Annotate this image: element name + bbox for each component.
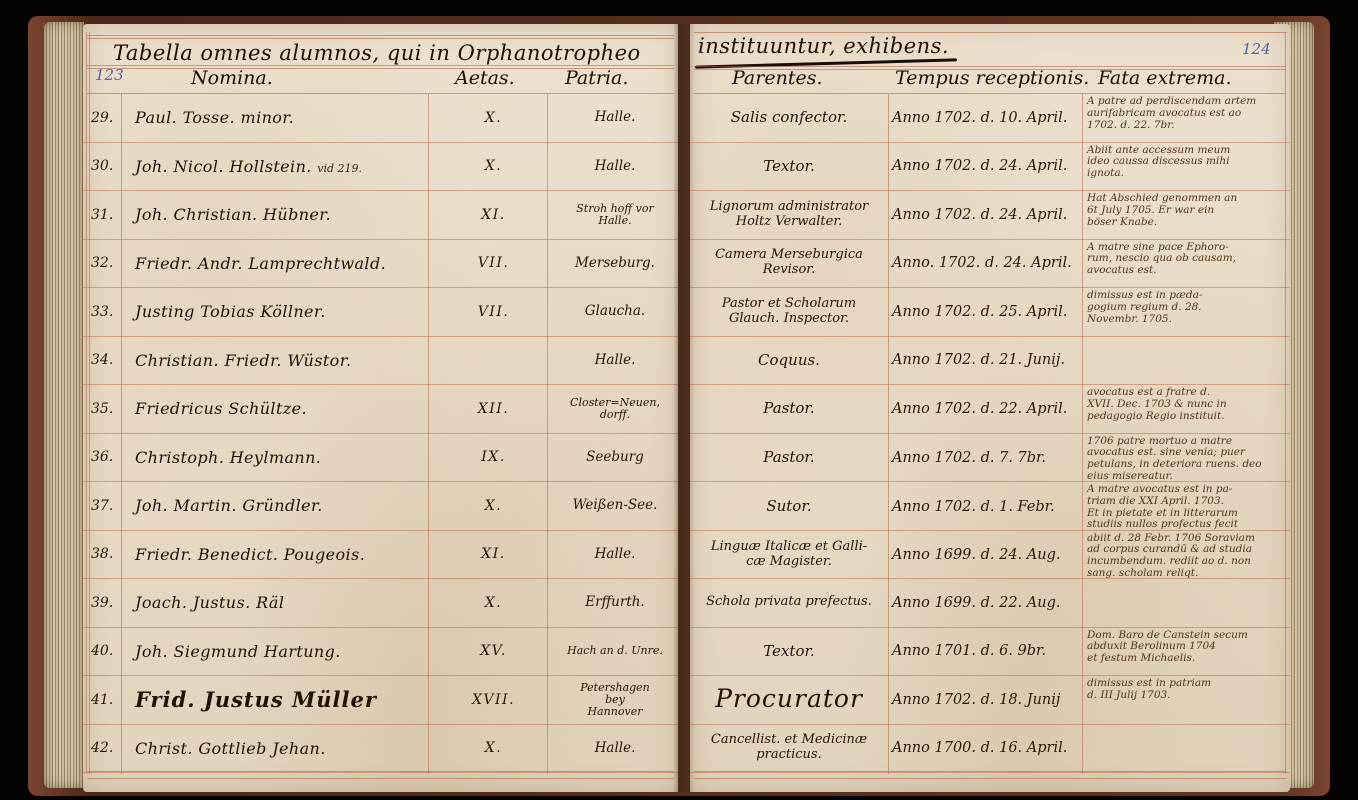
table-row: Pastor et Scholarum Glauch. Inspector. A… — [690, 288, 1290, 337]
row-number: 41. — [89, 692, 125, 708]
table-row: Lignorum administrator Holtz Verwalter. … — [690, 191, 1290, 240]
nomina-text: Christian. Friedr. Wüstor. — [135, 351, 351, 370]
cell-patria: Halle. — [553, 110, 677, 125]
cell-parentes: Coquus. — [690, 352, 888, 369]
nomina-text: Friedr. Benedict. Pougeois. — [135, 545, 365, 564]
cell-tempus: Anno 1701. d. 6. 9br. — [888, 643, 1082, 659]
cell-nomina: Friedr. Andr. Lamprechtwald. — [125, 254, 434, 273]
cell-aetas: X. — [434, 158, 553, 174]
manuscript-page-left: Tabella omnes alumnos, qui in Orphanotro… — [83, 24, 678, 792]
table-row: 38. Friedr. Benedict. Pougeois. XI. Hall… — [83, 531, 678, 580]
cell-parentes: Schola privata prefectus. — [690, 595, 888, 610]
table-row: 34. Christian. Friedr. Wüstor. Halle. — [83, 337, 678, 386]
cell-parentes: Sutor. — [690, 498, 888, 515]
cell-tempus: Anno 1702. d. 18. Junij — [888, 692, 1082, 708]
table-row: Textor. Anno 1702. d. 24. April. Abiit a… — [690, 143, 1290, 192]
ruling-line — [87, 778, 674, 779]
cell-fata: A matre avocatus est in pa- triam die XX… — [1082, 482, 1287, 531]
cell-tempus: Anno 1702. d. 24. April. — [888, 158, 1082, 174]
row-number: 31. — [89, 207, 125, 223]
cell-aetas: X. — [434, 110, 553, 126]
nomina-text: Christ. Gottlieb Jehan. — [135, 739, 326, 758]
table-row: Camera Merseburgica Revisor. Anno. 1702.… — [690, 240, 1290, 289]
cell-nomina: Joh. Siegmund Hartung. — [125, 642, 434, 661]
cell-aetas: X. — [434, 740, 553, 756]
cell-patria: Halle. — [553, 353, 677, 368]
cell-tempus: Anno 1702. d. 24. April. — [888, 207, 1082, 223]
cell-parentes: Textor. — [690, 643, 888, 660]
cell-aetas: VII. — [434, 255, 553, 271]
cell-fata: Abiit ante accessum meum ideo caussa dis… — [1082, 143, 1287, 180]
table-row: 29. Paul. Tosse. minor. X. Halle. — [83, 94, 678, 143]
cell-patria: Weißen-See. — [553, 498, 677, 513]
table-row: 37. Joh. Martin. Gründler. X. Weißen-See… — [83, 482, 678, 531]
column-header-aetas: Aetas. — [455, 67, 515, 89]
page-number: 124 — [1242, 40, 1271, 58]
table-row: Coquus. Anno 1702. d. 21. Junij. — [690, 337, 1290, 386]
cell-tempus: Anno 1699. d. 22. Aug. — [888, 595, 1082, 611]
cell-tempus: Anno 1702. d. 1. Febr. — [888, 499, 1082, 515]
cell-parentes: Procurator — [690, 685, 888, 714]
cell-tempus: Anno 1699. d. 24. Aug. — [888, 547, 1082, 563]
cell-aetas: IX. — [434, 449, 553, 465]
nomina-text: Joh. Martin. Gründler. — [135, 496, 323, 515]
row-number: 33. — [89, 304, 125, 320]
nomina-text: Friedr. Andr. Lamprechtwald. — [135, 254, 386, 273]
cell-patria: Closter=Neuen, dorff. — [553, 397, 677, 421]
cell-parentes: Pastor et Scholarum Glauch. Inspector. — [690, 297, 888, 327]
ruling-line — [694, 32, 1286, 33]
page-title: Tabella omnes alumnos, qui in Orphanotro… — [113, 41, 641, 65]
cell-nomina: Joach. Justus. Räl — [125, 593, 434, 612]
cell-tempus: Anno 1702. d. 7. 7br. — [888, 450, 1082, 466]
cell-tempus: Anno 1702. d. 21. Junij. — [888, 352, 1082, 368]
table-row: Linguæ Italicæ et Galli- cæ Magister. An… — [690, 531, 1290, 580]
nomina-text: Paul. Tosse. minor. — [135, 108, 294, 127]
ruling-line — [87, 38, 674, 39]
cell-parentes: Pastor. — [690, 449, 888, 466]
row-number: 30. — [89, 158, 125, 174]
cell-parentes: Cancellist. et Medicinæ practicus. — [690, 733, 888, 763]
row-number: 37. — [89, 498, 125, 514]
row-number: 38. — [89, 546, 125, 562]
manuscript-page-right: instituuntur, exhibens. 124 Parentes. Te… — [690, 24, 1290, 792]
row-number: 34. — [89, 352, 125, 368]
cell-tempus: Anno 1702. d. 22. April. — [888, 401, 1082, 417]
row-number: 36. — [89, 449, 125, 465]
table-row: Salis confector. Anno 1702. d. 10. April… — [690, 94, 1290, 143]
ruling-line — [87, 35, 674, 36]
cell-fata: dimissus est in pæda- gogium regium d. 2… — [1082, 288, 1287, 325]
cell-parentes: Camera Merseburgica Revisor. — [690, 248, 888, 278]
cell-nomina: Paul. Tosse. minor. — [125, 108, 434, 127]
nomina-note: vid 219. — [317, 162, 362, 175]
ruling-line — [87, 65, 674, 66]
row-number: 42. — [89, 740, 125, 756]
cell-fata: 1706 patre mortuo a matre avocatus est. … — [1082, 434, 1287, 483]
cell-fata: Dom. Baro de Canstein secum abduxit Bero… — [1082, 628, 1287, 665]
cell-nomina: Joh. Christian. Hübner. — [125, 205, 434, 224]
row-number: 29. — [89, 110, 125, 126]
cell-fata: abiit d. 28 Febr. 1706 Soraviam ad corpu… — [1082, 531, 1287, 580]
cell-patria: Seeburg — [553, 450, 677, 465]
cell-fata: dimissus est in patriam d. III Julij 170… — [1082, 676, 1287, 702]
cell-fata: avocatus est a fratre d. XVII. Dec. 1703… — [1082, 385, 1287, 422]
table-row: Sutor. Anno 1702. d. 1. Febr. A matre av… — [690, 482, 1290, 531]
nomina-text: Joach. Justus. Räl — [135, 593, 284, 612]
cell-parentes: Linguæ Italicæ et Galli- cæ Magister. — [690, 540, 888, 570]
cell-nomina: Christ. Gottlieb Jehan. — [125, 739, 434, 758]
cell-nomina: Christian. Friedr. Wüstor. — [125, 351, 434, 370]
table-row: 32. Friedr. Andr. Lamprechtwald. VII. Me… — [83, 240, 678, 289]
cell-patria: Halle. — [553, 159, 677, 174]
cell-nomina: Justing Tobias Köllner. — [125, 302, 434, 321]
cell-parentes: Lignorum administrator Holtz Verwalter. — [690, 200, 888, 230]
cell-tempus: Anno 1702. d. 25. April. — [888, 304, 1082, 320]
cell-parentes: Salis confector. — [690, 109, 888, 126]
cell-aetas: X. — [434, 498, 553, 514]
nomina-text: Friedricus Schültze. — [135, 399, 307, 418]
cell-patria: Glaucha. — [553, 304, 677, 319]
cell-nomina: Christoph. Heylmann. — [125, 448, 434, 467]
table-row: 40. Joh. Siegmund Hartung. XV. Hach an d… — [83, 628, 678, 677]
table-row: Textor. Anno 1701. d. 6. 9br. Dom. Baro … — [690, 628, 1290, 677]
table-row: 42. Christ. Gottlieb Jehan. X. Halle. — [83, 725, 678, 774]
table-row: Cancellist. et Medicinæ practicus. Anno … — [690, 725, 1290, 774]
table-row: 41. Frid. Justus Müller XVII. Petershage… — [83, 676, 678, 725]
cell-aetas: XI. — [434, 207, 553, 223]
table-row: Procurator Anno 1702. d. 18. Junij dimis… — [690, 676, 1290, 725]
table-row: 36. Christoph. Heylmann. IX. Seeburg — [83, 434, 678, 483]
row-number: 39. — [89, 595, 125, 611]
cell-tempus: Anno 1700. d. 16. April. — [888, 740, 1082, 756]
cell-patria: Halle. — [553, 547, 677, 562]
column-header-patria: Patria. — [565, 67, 628, 89]
column-header-fata: Fata extrema. — [1098, 67, 1232, 89]
page-edges-left — [44, 22, 84, 788]
nomina-text: Justing Tobias Köllner. — [135, 302, 326, 321]
table-row: 33. Justing Tobias Köllner. VII. Glaucha… — [83, 288, 678, 337]
page-number: 123 — [95, 66, 124, 84]
cell-aetas: XV. — [434, 643, 553, 659]
nomina-text: Joh. Nicol. Hollstein. — [135, 157, 312, 176]
cell-parentes: Textor. — [690, 158, 888, 175]
table-row: Schola privata prefectus. Anno 1699. d. … — [690, 579, 1290, 628]
cell-nomina: Joh. Nicol. Hollstein. vid 219. — [125, 157, 434, 176]
register-rows-right: Salis confector. Anno 1702. d. 10. April… — [690, 94, 1290, 773]
table-row: 39. Joach. Justus. Räl X. Erffurth. — [83, 579, 678, 628]
page-title-continued: instituuntur, exhibens. — [698, 34, 949, 58]
table-row: Pastor. Anno 1702. d. 7. 7br. 1706 patre… — [690, 434, 1290, 483]
nomina-text: Christoph. Heylmann. — [135, 448, 321, 467]
cell-aetas: XII. — [434, 401, 553, 417]
nomina-text: Frid. Justus Müller — [135, 687, 377, 712]
cell-fata: A patre ad perdiscendam artem aurifabric… — [1082, 94, 1287, 131]
cell-fata — [1082, 725, 1287, 727]
cell-tempus: Anno 1702. d. 10. April. — [888, 110, 1082, 126]
cell-nomina: Friedricus Schültze. — [125, 399, 434, 418]
cell-aetas: XVII. — [434, 692, 553, 708]
cell-patria: Hach an d. Unre. — [553, 645, 677, 657]
cell-parentes: Pastor. — [690, 400, 888, 417]
cell-aetas: VII. — [434, 304, 553, 320]
cell-nomina: Joh. Martin. Gründler. — [125, 496, 434, 515]
row-number: 40. — [89, 643, 125, 659]
cell-fata — [1082, 579, 1287, 581]
cell-aetas: X. — [434, 595, 553, 611]
table-row: 31. Joh. Christian. Hübner. XI. Stroh ho… — [83, 191, 678, 240]
table-row: Pastor. Anno 1702. d. 22. April. avocatu… — [690, 385, 1290, 434]
column-header-tempus: Tempus receptionis. — [895, 67, 1089, 89]
cell-fata: Hat Abschied genommen an 6t July 1705. E… — [1082, 191, 1287, 228]
cell-patria: Merseburg. — [553, 256, 677, 271]
cell-aetas: XI. — [434, 546, 553, 562]
cell-fata: A matre sine pace Ephoro- rum, nescio qu… — [1082, 240, 1287, 277]
column-header-parentes: Parentes. — [732, 67, 823, 89]
cell-patria: Erffurth. — [553, 595, 677, 610]
nomina-text: Joh. Siegmund Hartung. — [135, 642, 341, 661]
cell-nomina: Friedr. Benedict. Pougeois. — [125, 545, 434, 564]
cell-patria: Stroh hoff vor Halle. — [553, 203, 677, 227]
column-header-nomina: Nomina. — [191, 67, 273, 89]
photo-backdrop: Tabella omnes alumnos, qui in Orphanotro… — [0, 0, 1358, 800]
ruling-line — [694, 778, 1286, 779]
cell-patria: Halle. — [553, 741, 677, 756]
row-number: 32. — [89, 255, 125, 271]
cell-fata — [1082, 337, 1287, 339]
nomina-text: Joh. Christian. Hübner. — [135, 205, 331, 224]
cell-tempus: Anno. 1702. d. 24. April. — [888, 255, 1082, 271]
cell-patria: Petershagen bey Hannover — [553, 682, 677, 718]
row-number: 35. — [89, 401, 125, 417]
cell-nomina: Frid. Justus Müller — [125, 687, 434, 712]
table-row: 35. Friedricus Schültze. XII. Closter=Ne… — [83, 385, 678, 434]
book-gutter-shadow — [673, 24, 695, 792]
manuscript-book: Tabella omnes alumnos, qui in Orphanotro… — [28, 16, 1330, 796]
register-rows-left: 29. Paul. Tosse. minor. X. Halle. 30. Jo… — [83, 94, 678, 773]
table-row: 30. Joh. Nicol. Hollstein. vid 219. X. H… — [83, 143, 678, 192]
